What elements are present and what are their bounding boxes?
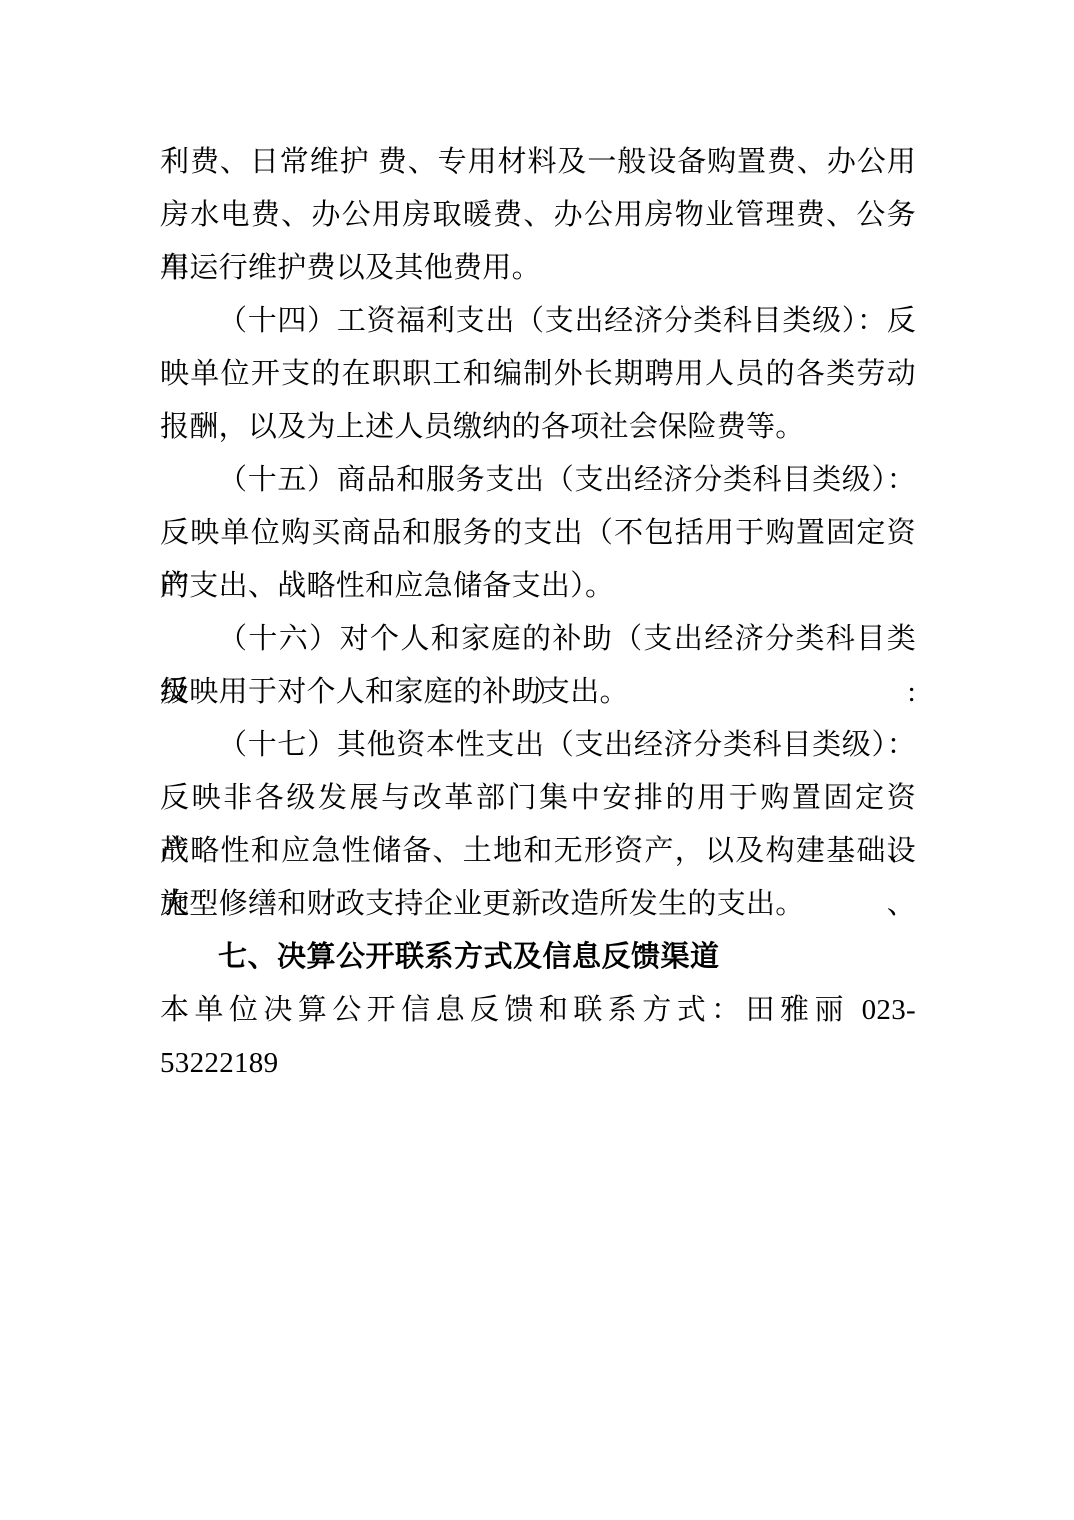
- document-body: 利费、日常维护 费、专用材料及一般设备购置费、办公用房水电费、办公用房取暖费、办…: [160, 136, 916, 1037]
- text-line: 的支出、战略性和应急储备支出）。: [160, 560, 916, 613]
- text-line: 本单位决算公开信息反馈和联系方式：田雅丽 023-53222189: [160, 984, 916, 1037]
- text-line: 反映非各级发展与改革部门集中安排的用于购置固定资产、: [160, 772, 916, 825]
- text-line: （十五）商品和服务支出（支出经济分类科目类级）：: [160, 454, 916, 507]
- section-heading: 七、决算公开联系方式及信息反馈渠道: [160, 931, 916, 984]
- text-line: 利费、日常维护 费、专用材料及一般设备购置费、办公用: [160, 136, 916, 189]
- text-line: 报酬，以及为上述人员缴纳的各项社会保险费等。: [160, 401, 916, 454]
- text-line: 车运行维护费以及其他费用。: [160, 242, 916, 295]
- text-line: 房水电费、办公用房取暖费、办公用房物业管理费、公务用: [160, 189, 916, 242]
- text-line: 反映单位购买商品和服务的支出（不包括用于购置固定资产: [160, 507, 916, 560]
- text-line: 战略性和应急性储备、土地和无形资产，以及构建基础设施、: [160, 825, 916, 878]
- text-line: （十四）工资福利支出（支出经济分类科目类级）：反: [160, 295, 916, 348]
- text-line: 大型修缮和财政支持企业更新改造所发生的支出。: [160, 878, 916, 931]
- text-line: （十七）其他资本性支出（支出经济分类科目类级）：: [160, 719, 916, 772]
- text-line: 映单位开支的在职职工和编制外长期聘用人员的各类劳动: [160, 348, 916, 401]
- document-page: 利费、日常维护 费、专用材料及一般设备购置费、办公用房水电费、办公用房取暖费、办…: [0, 0, 1074, 1520]
- text-line: （十六）对个人和家庭的补助（支出经济分类科目类级）:: [160, 613, 916, 666]
